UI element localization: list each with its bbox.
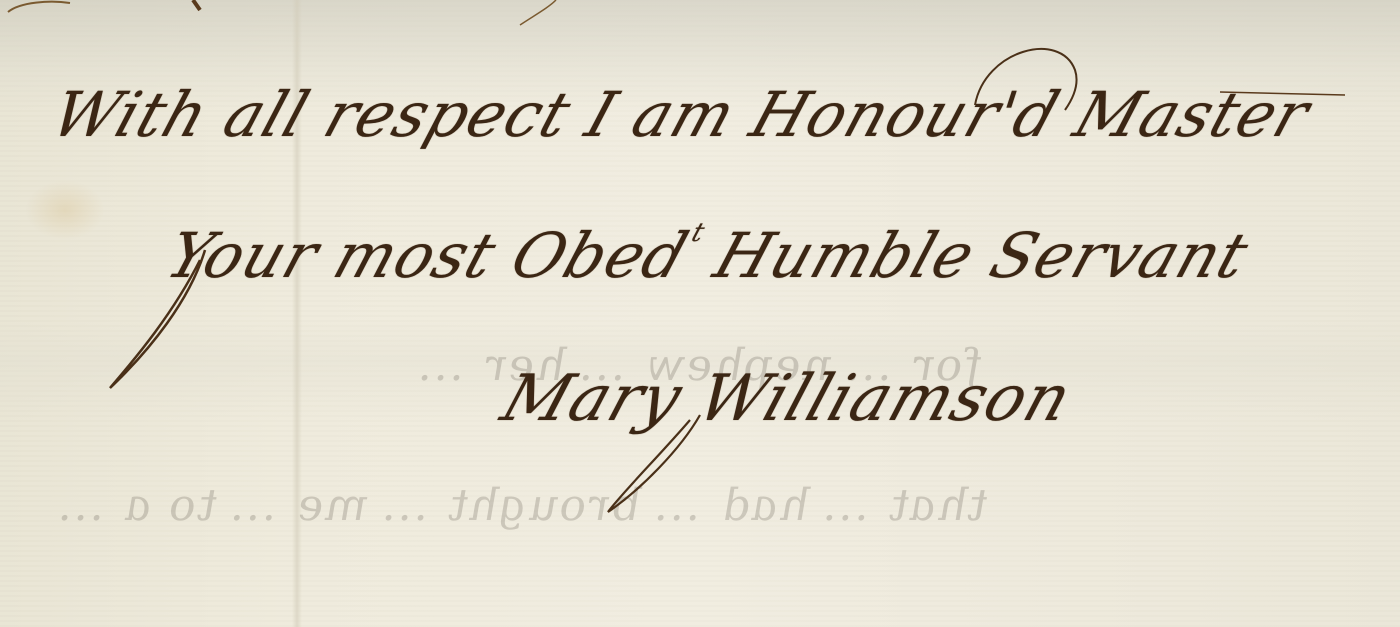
closing-line-servant-end: Humble Servant bbox=[685, 219, 1258, 292]
previous-line-fragment bbox=[0, 0, 14, 21]
closing-line-servant-start: Your most Obed bbox=[158, 219, 697, 292]
bleed-through-text-bottom: that ... had ... brought ... me ... to a… bbox=[51, 480, 996, 531]
closing-line-servant: Your most Obedt Humble Servant bbox=[158, 218, 1258, 292]
paper-stain bbox=[25, 180, 105, 240]
signature: Mary Williamson bbox=[493, 362, 1081, 436]
closing-line-respect: With all respect I am Honour'd Master bbox=[43, 78, 1319, 151]
